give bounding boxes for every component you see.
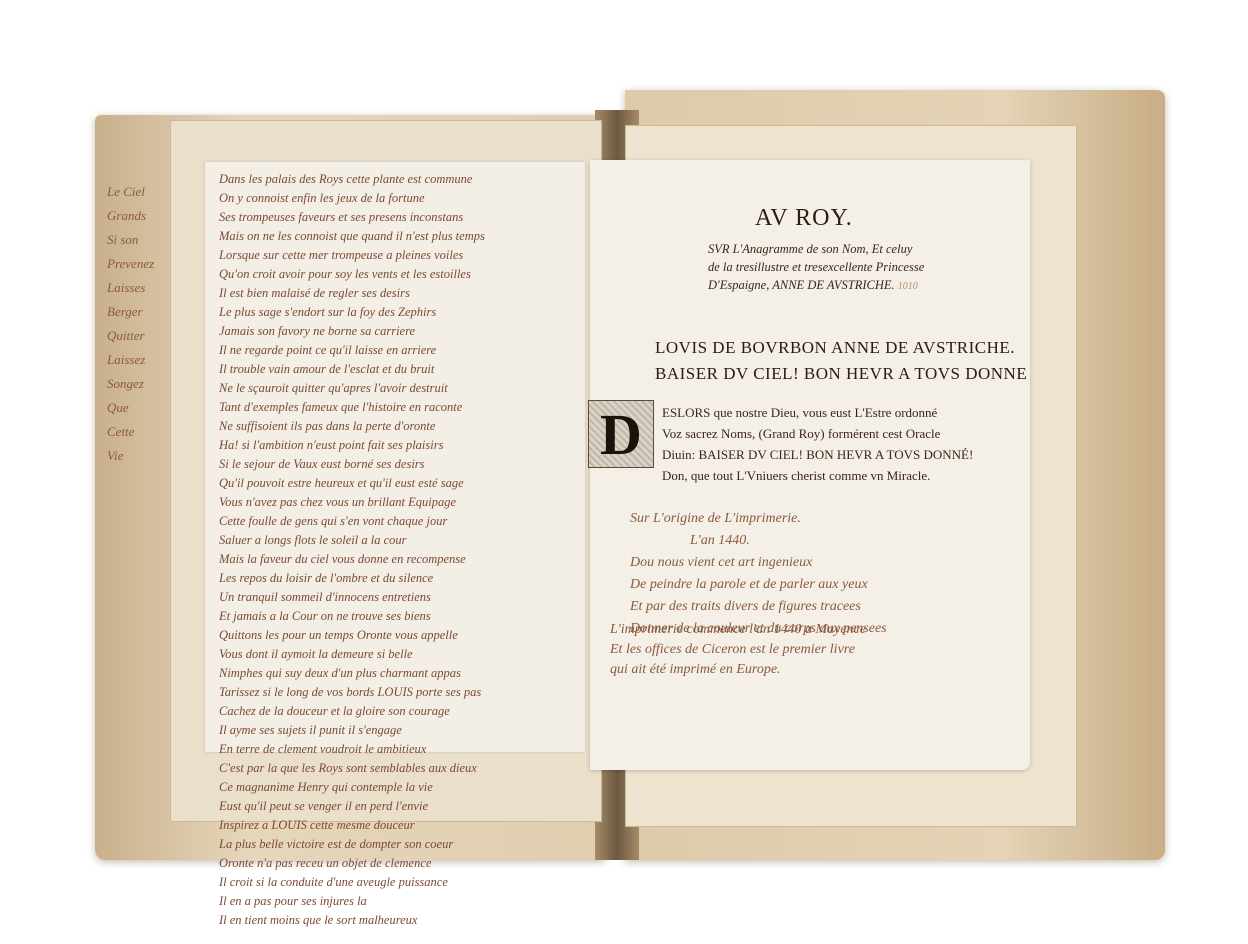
margin-fragment: Quitter [107, 324, 177, 348]
margin-fragment: Que [107, 396, 177, 420]
left-margin-fragments: Le CielGrandsSi sonPrevenezLaissesBerger… [107, 180, 177, 468]
left-page-text: Dans les palais des Roys cette plante es… [219, 170, 571, 930]
handwritten-line: Ce magnanime Henry qui contemple la vie [219, 778, 571, 797]
open-manuscript-book: Le CielGrandsSi sonPrevenezLaissesBerger… [95, 70, 1165, 860]
left-page: Dans les palais des Roys cette plante es… [205, 162, 585, 752]
margin-fragment: Grands [107, 204, 177, 228]
right-page: AV ROY. SVR L'Anagramme de son Nom, Et c… [590, 160, 1030, 770]
handwritten-line: Les repos du loisir de l'ombre et du sil… [219, 569, 571, 588]
margin-fragment: Cette [107, 420, 177, 444]
handwritten-line: C'est par la que les Roys sont semblable… [219, 759, 571, 778]
handwritten-line: Et jamais a la Cour on ne trouve ses bie… [219, 607, 571, 626]
margin-fragment: Prevenez [107, 252, 177, 276]
handwritten-line: Il en tient moins que le sort malheureux [219, 911, 571, 930]
handwritten-line: Ha! si l'ambition n'eust point fait ses … [219, 436, 571, 455]
handwritten-line: Ses trompeuses faveurs et ses presens in… [219, 208, 571, 227]
verse-line: Don, que tout L'Vniuers cherist comme vn… [662, 465, 973, 486]
subtitle-line: D'Espaigne, ANNE DE AVSTRICHE. 1010 [708, 276, 924, 296]
origin-heading: Sur L'origine de L'imprimerie. [630, 508, 887, 530]
handwritten-line: Vous dont il aymoit la demeure si belle [219, 645, 571, 664]
margin-fragment: Si son [107, 228, 177, 252]
page-title: AV ROY. [755, 205, 853, 232]
handwritten-line: On y connoist enfin les jeux de la fortu… [219, 189, 571, 208]
subtitle: SVR L'Anagramme de son Nom, Et celuy de … [708, 240, 924, 296]
handwritten-line: Le plus sage s'endort sur la foy des Zep… [219, 303, 571, 322]
verse-line: Voz sacrez Noms, (Grand Roy) formérent c… [662, 423, 973, 444]
handwritten-line: Oronte n'a pas receu un objet de clemenc… [219, 854, 571, 873]
margin-note: 1010 [898, 281, 918, 292]
origin-line: Et par des traits divers de figures trac… [630, 596, 887, 618]
handwritten-line: Il est bien malaisé de regler ses desirs [219, 284, 571, 303]
note-line: qui ait été imprimé en Europe. [610, 660, 866, 680]
anagram-line: LOVIS DE BOVRBON ANNE DE AVSTRICHE. [655, 335, 1027, 361]
handwritten-line: Quittons les pour un temps Oronte vous a… [219, 626, 571, 645]
handwritten-line: Cette foulle de gens qui s'en vont chaqu… [219, 512, 571, 531]
handwritten-line: Vous n'avez pas chez vous un brillant Eq… [219, 493, 571, 512]
handwritten-line: Lorsque sur cette mer trompeuse a pleine… [219, 246, 571, 265]
margin-fragment: Songez [107, 372, 177, 396]
anagram-line: BAISER DV CIEL! BON HEVR A TOVS DONNE [655, 361, 1027, 387]
handwritten-line: Ne le sçauroit quitter qu'apres l'avoir … [219, 379, 571, 398]
handwritten-line: Il trouble vain amour de l'esclat et du … [219, 360, 571, 379]
handwritten-line: Il ne regarde point ce qu'il laisse en a… [219, 341, 571, 360]
handwritten-line: Il ayme ses sujets il punit il s'engage [219, 721, 571, 740]
sonnet-verse: ESLORS que nostre Dieu, vous eust L'Estr… [662, 402, 973, 486]
handwritten-line: Tant d'exemples fameux que l'histoire en… [219, 398, 571, 417]
handwritten-line: Un tranquil sommeil d'innocens entretien… [219, 588, 571, 607]
handwritten-line: Mais la faveur du ciel vous donne en rec… [219, 550, 571, 569]
note-line: Et les offices de Ciceron est le premier… [610, 640, 866, 660]
origin-year: L'an 1440. [630, 530, 887, 552]
handwritten-line: Saluer a longs flots le soleil a la cour [219, 531, 571, 550]
handwritten-line: Qu'il pouvoit estre heureux et qu'il eus… [219, 474, 571, 493]
handwritten-line: En terre de clement voudroit le ambitieu… [219, 740, 571, 759]
verse-line: ESLORS que nostre Dieu, vous eust L'Estr… [662, 402, 973, 423]
handwritten-line: Nimphes qui suy deux d'un plus charmant … [219, 664, 571, 683]
handwritten-line: Cachez de la douceur et la gloire son co… [219, 702, 571, 721]
handwritten-line: Mais on ne les connoist que quand il n'e… [219, 227, 571, 246]
handwritten-line: Dans les palais des Roys cette plante es… [219, 170, 571, 189]
margin-fragment: Vie [107, 444, 177, 468]
handwritten-line: Il en a pas pour ses injures la [219, 892, 571, 911]
handwritten-line: Si le sejour de Vaux eust borné ses desi… [219, 455, 571, 474]
margin-fragment: Laissez [107, 348, 177, 372]
handwritten-line: Inspirez a LOUIS cette mesme douceur [219, 816, 571, 835]
handwritten-line: Ne suffisoient ils pas dans la perte d'o… [219, 417, 571, 436]
handwritten-line: Il croit si la conduite d'une aveugle pu… [219, 873, 571, 892]
handwritten-line: La plus belle victoire est de dompter so… [219, 835, 571, 854]
subtitle-line: de la tresillustre et tresexcellente Pri… [708, 258, 924, 276]
note-line: L'imprimerie commence l'an 1440 a Mayenc… [610, 620, 866, 640]
origin-line: De peindre la parole et de parler aux ye… [630, 574, 887, 596]
subtitle-line: SVR L'Anagramme de son Nom, Et celuy [708, 240, 924, 258]
anagram: LOVIS DE BOVRBON ANNE DE AVSTRICHE. BAIS… [655, 335, 1027, 387]
printing-note: L'imprimerie commence l'an 1440 a Mayenc… [610, 620, 866, 680]
margin-fragment: Le Ciel [107, 180, 177, 204]
origin-line: Dou nous vient cet art ingenieux [630, 552, 887, 574]
handwritten-line: Qu'on croit avoir pour soy les vents et … [219, 265, 571, 284]
handwritten-line: Jamais son favory ne borne sa carriere [219, 322, 571, 341]
illuminated-drop-cap: D [588, 400, 654, 468]
margin-fragment: Berger [107, 300, 177, 324]
handwritten-line: Eust qu'il peut se venger il en perd l'e… [219, 797, 571, 816]
handwritten-line: Tarissez si le long de vos bords LOUIS p… [219, 683, 571, 702]
verse-line: Diuin: BAISER DV CIEL! BON HEVR A TOVS D… [662, 444, 973, 465]
margin-fragment: Laisses [107, 276, 177, 300]
